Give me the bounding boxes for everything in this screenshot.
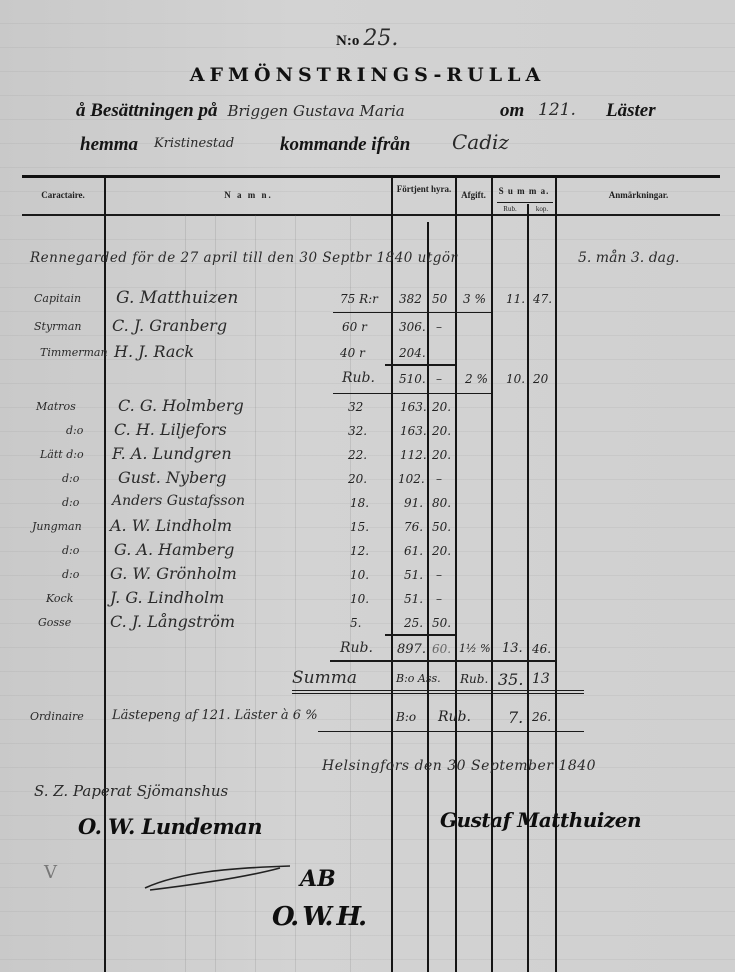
ordinarie-afgift: Rub.: [438, 709, 471, 725]
hyra-kop-cell: –: [436, 472, 442, 486]
rate-cell: 12.: [350, 544, 369, 558]
ordinarie-summa-rub: 7.: [508, 708, 523, 727]
vessel-prefix: å Besättningen på: [76, 100, 217, 121]
subtotal-rule: [385, 634, 455, 636]
hyra-rub-cell: 51.: [404, 568, 423, 582]
vessel-name: Briggen Gustava Maria: [227, 102, 404, 120]
header-bottom-rule: [22, 214, 720, 216]
name-cell: C. J. Granberg: [112, 316, 227, 335]
hyra-rub-cell: 91.: [404, 496, 423, 510]
rate-cell: 15.: [350, 520, 369, 534]
hyra-rub-cell: 112.: [400, 448, 427, 462]
hyra-kop-cell: 20.: [432, 544, 451, 558]
page-title: AFMÖNSTRINGS-RULLA: [0, 64, 735, 86]
caractaire-cell: d:o: [62, 544, 79, 557]
caractaire-cell: Capitain: [34, 292, 81, 305]
col-header-namn: N a m n.: [106, 190, 391, 200]
hyra-rub-cell: 204.: [399, 346, 426, 360]
hyra-kop-cell: –: [436, 320, 442, 334]
rate-cell: 32.: [348, 424, 367, 438]
caractaire-cell: Matros: [36, 400, 76, 413]
col-header-summa: S u m m a.: [493, 186, 555, 196]
summa-rub-cell: 10.: [506, 372, 525, 386]
period-remark: 5. mån 3. dag.: [578, 250, 679, 266]
hyra-kop-cell: 20.: [432, 424, 451, 438]
hyra-kop-cell: 50.: [432, 520, 451, 534]
hyra-kop-cell: –: [436, 372, 442, 386]
home-label: hemma: [80, 134, 138, 156]
number-value: 25.: [363, 26, 398, 51]
caractaire-cell: Timmerman: [40, 346, 108, 359]
hyra-rub-cell: 382: [399, 292, 422, 306]
officers-subtotal-row: Rub. 510. – 2 % 10. 20: [0, 370, 735, 392]
summa-subheader-rule: [497, 202, 553, 203]
caractaire-cell: d:o: [62, 568, 79, 581]
summa-label: Summa: [292, 668, 357, 688]
ordinarie-summa-kop: 26.: [532, 710, 551, 724]
hyra-rub-cell: 163.: [400, 424, 427, 438]
table-row: Kock J. G. Lindholm 10. 51. –: [0, 590, 735, 612]
afgift-cell: 2 %: [465, 372, 488, 386]
caractaire-cell: d:o: [62, 472, 79, 485]
from-label: kommande ifrån: [280, 134, 410, 156]
signature-flourish: [140, 862, 300, 894]
rate-cell: 18.: [350, 496, 369, 510]
hyra-kop-cell: –: [436, 568, 442, 582]
hyra-kop-cell: –: [436, 592, 442, 606]
name-cell: G. Matthuizen: [116, 288, 238, 308]
table-row: d:o Anders Gustafsson 18. 91. 80.: [0, 494, 735, 516]
vessel-line: å Besättningen på Briggen Gustava Maria: [76, 100, 405, 122]
hyra-rub-cell: 510.: [399, 372, 426, 386]
period-note: Rennegarded för de 27 april till den 30 …: [30, 250, 458, 266]
table-top-rule: [22, 175, 720, 178]
summa-kop-cell: 47.: [533, 292, 552, 306]
caractaire-cell: Jungman: [32, 520, 82, 533]
name-cell: C. J. Långström: [110, 612, 235, 631]
name-cell: Anders Gustafsson: [112, 493, 245, 509]
summa-afgift-cell: Rub.: [460, 672, 488, 686]
table-row: Timmerman H. J. Rack 40 r 204.: [0, 344, 735, 366]
place-date: Helsingfors den 30 September 1840: [322, 758, 596, 774]
hyra-kop-cell: 20.: [432, 400, 451, 414]
row-rule: [330, 660, 556, 662]
rate-cell: 40 r: [340, 346, 365, 360]
hyra-rub-cell: 25.: [404, 616, 423, 630]
col-header-afgift: Afgift.: [456, 190, 491, 200]
hyra-rub-cell: 76.: [404, 520, 423, 534]
hyra-kop-cell: 50: [432, 292, 447, 306]
name-cell: H. J. Rack: [114, 342, 194, 361]
rate-cell: 10.: [350, 568, 369, 582]
initials-owh: O. W. H.: [272, 902, 364, 932]
caractaire-cell: d:o: [66, 424, 83, 437]
table-row: d:o G. W. Grönholm 10. 51. –: [0, 566, 735, 588]
row-rule: [333, 393, 491, 394]
ordinarie-hyra: B:o: [396, 710, 416, 724]
from-port: Cadiz: [452, 130, 509, 154]
rate-cell: 75 R:r: [340, 292, 378, 306]
hyra-rub-cell: 102.: [398, 472, 425, 486]
rate-cell: 22.: [348, 448, 367, 462]
summa-double-rule: [292, 690, 584, 691]
col-header-kop: kop.: [529, 205, 555, 213]
signature-lundeman: O. W. Lundeman: [78, 814, 262, 839]
subtotal-label: Rub.: [340, 640, 373, 656]
table-row: Matros C. G. Holmberg 32 163. 20.: [0, 398, 735, 420]
col-header-caractaire: Caractaire.: [22, 190, 104, 200]
name-cell: G. A. Hamberg: [114, 540, 234, 559]
document-number: N:o 25.: [336, 26, 398, 51]
hyra-rub-cell: 61.: [404, 544, 423, 558]
table-row: Jungman A. W. Lindholm 15. 76. 50.: [0, 518, 735, 540]
check-mark-icon: V: [44, 862, 57, 883]
hyra-rub-cell: 897.: [397, 642, 426, 657]
rate-cell: 10.: [350, 592, 369, 606]
lasts-value: 121.: [538, 100, 576, 120]
subtotal-rule: [385, 364, 455, 366]
caractaire-cell: Styrman: [34, 320, 82, 333]
table-row: Lätt d:o F. A. Lundgren 22. 112. 20.: [0, 446, 735, 468]
rate-cell: 60 r: [342, 320, 367, 334]
crew-subtotal-row: Rub. 897. 60. 1½ % 13. 46.: [0, 640, 735, 662]
table-row: d:o C. H. Liljefors 32. 163. 20.: [0, 422, 735, 444]
ordinarie-caractaire: Ordinaire: [30, 710, 84, 723]
summa-kop-cell: 13: [532, 671, 550, 687]
summa-hyra-cell: B:o Ass.: [396, 672, 441, 685]
row-rule: [333, 312, 491, 313]
name-cell: Gust. Nyberg: [118, 468, 227, 487]
lasts-label: Läster: [606, 100, 656, 122]
captain-signature: Gustaf Matthuizen: [440, 808, 641, 832]
table-row: Capitain G. Matthuizen 75 R:r 382 50 3 %…: [0, 290, 735, 312]
rate-cell: 20.: [348, 472, 367, 486]
ordinarie-text: Lästepeng af 121. Läster à 6 %: [112, 708, 318, 723]
rate-cell: 5.: [350, 616, 361, 630]
table-row: Styrman C. J. Granberg 60 r 306. –: [0, 318, 735, 340]
hyra-rub-cell: 306.: [399, 320, 426, 334]
name-cell: C. H. Liljefors: [114, 420, 227, 439]
ordinarie-rule: [318, 731, 584, 732]
hyra-kop-cell: 20.: [432, 448, 451, 462]
caractaire-cell: Lätt d:o: [40, 448, 84, 461]
hyra-rub-cell: 163.: [400, 400, 427, 414]
hyra-rub-cell: 51.: [404, 592, 423, 606]
hyra-kop-cell: 60.: [432, 642, 451, 656]
name-cell: F. A. Lundgren: [112, 444, 232, 463]
ordinarie-row: Ordinaire Lästepeng af 121. Läster à 6 %…: [0, 708, 735, 732]
summa-rub-cell: 11.: [506, 292, 525, 306]
col-header-rub: Rub.: [493, 205, 527, 213]
summa-kop-cell: 46.: [532, 642, 551, 656]
summa-rub-cell: 13.: [502, 641, 523, 656]
rate-cell: 32: [348, 400, 363, 414]
name-cell: G. W. Grönholm: [110, 564, 237, 583]
number-label: N:o: [336, 33, 359, 49]
om-label: om: [500, 100, 524, 122]
subtotal-label: Rub.: [342, 370, 375, 386]
caractaire-cell: d:o: [62, 496, 79, 509]
summa-double-rule: [292, 693, 584, 694]
hyra-kop-cell: 50.: [432, 616, 451, 630]
afgift-cell: 1½ %: [459, 642, 491, 655]
office-name: S. Z. Paperat Sjömanshus: [34, 782, 228, 800]
col-header-fortjent-hyra: Förtjent hyra.: [394, 184, 454, 195]
hyra-kop-cell: 80.: [432, 496, 451, 510]
table-row: Gosse C. J. Långström 5. 25. 50.: [0, 614, 735, 636]
caractaire-cell: Kock: [46, 592, 73, 605]
name-cell: C. G. Holmberg: [118, 396, 244, 415]
afgift-cell: 3 %: [463, 292, 486, 306]
table-row: d:o G. A. Hamberg 12. 61. 20.: [0, 542, 735, 564]
col-header-anmarkningar: Anmärkningar.: [557, 190, 720, 200]
initials-ab: AB: [300, 866, 336, 892]
home-port: Kristinestad: [154, 136, 234, 151]
name-cell: A. W. Lindholm: [110, 516, 232, 535]
table-row: d:o Gust. Nyberg 20. 102. –: [0, 470, 735, 492]
caractaire-cell: Gosse: [38, 616, 71, 629]
summa-rub-cell: 35.: [498, 670, 523, 689]
name-cell: J. G. Lindholm: [110, 588, 224, 607]
summa-kop-cell: 20: [533, 372, 548, 386]
